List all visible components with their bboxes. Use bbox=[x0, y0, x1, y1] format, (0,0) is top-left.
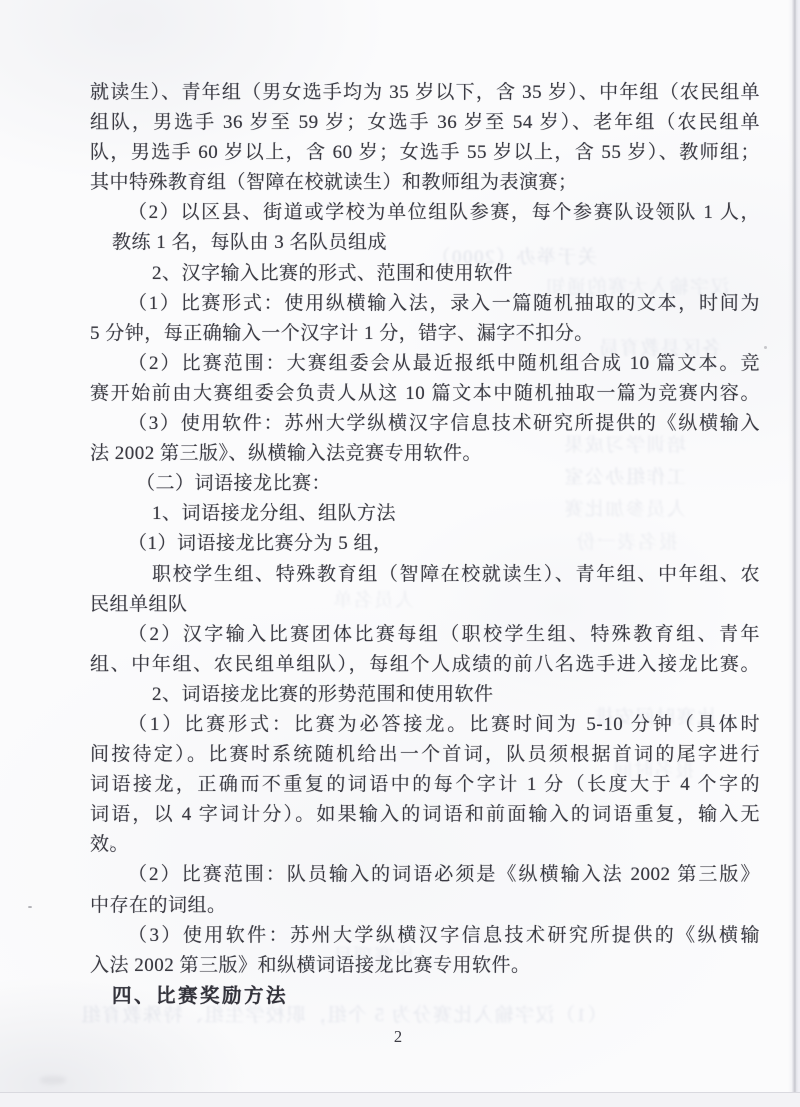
text-line: 组队，男选手 36 岁至 59 岁；女选手 36 岁至 54 岁）、老年组（农民… bbox=[90, 108, 760, 138]
text-line: （2）比赛范围：大赛组委会从最近报纸中随机组合成 10 篇文本。竞 bbox=[128, 349, 760, 379]
text-line: 其中特殊教育组（智障在校就读生）和教师组为表演赛； bbox=[90, 168, 800, 198]
text-line: 2、汉字输入比赛的形式、范围和使用软件 bbox=[152, 259, 800, 289]
text-line: 民组单组队 bbox=[90, 590, 800, 620]
scan-speck bbox=[40, 1076, 66, 1084]
page-number: 2 bbox=[0, 1026, 796, 1048]
text-line: 词语接龙，正确而不重复的词语中的每个字计 1 分（长度大于 4 个字的 bbox=[90, 770, 760, 800]
scan-speck bbox=[764, 346, 767, 349]
text-line: （1）词语接龙比赛分为 5 组， bbox=[128, 529, 800, 559]
text-line: 1、词语接龙分组、组队方法 bbox=[152, 499, 800, 529]
text-line: 法 2002 第三版》、纵横输入法竞赛专用软件。 bbox=[90, 439, 800, 469]
text-line: 组、中年组、农民组单组队），每组个人成绩的前八名选手进入接龙比赛。 bbox=[90, 650, 760, 680]
text-line: 入法 2002 第三版》和纵横词语接龙比赛专用软件。 bbox=[90, 951, 800, 981]
text-line: 队，男选手 60 岁以上，含 60 岁；女选手 55 岁以上，含 55 岁）、教… bbox=[90, 138, 760, 168]
scan-speck bbox=[585, 143, 587, 145]
text-line: （2）比赛范围：队员输入的词语必须是《纵横输入法 2002 第三版》 bbox=[128, 860, 760, 890]
text-line: 间按待定）。比赛时系统随机给出一个首词，队员须根据首词的尾字进行 bbox=[90, 740, 760, 770]
text-line: （1）比赛形式：使用纵横输入法，录入一篇随机抽取的文本，时间为 bbox=[128, 289, 760, 319]
text-line: 中存在的词组。 bbox=[90, 891, 800, 921]
text-line: （1）比赛形式：比赛为必答接龙。比赛时间为 5-10 分钟（具体时 bbox=[128, 710, 760, 740]
text-line: 效。 bbox=[90, 830, 800, 860]
text-line: 2、词语接龙比赛的形势范围和使用软件 bbox=[152, 680, 800, 710]
text-line: （2）以区县、街道或学校为单位组队参赛，每个参赛队设领队 1 人， bbox=[128, 198, 760, 228]
text-line: 5 分钟，每正确输入一个汉字计 1 分，错字、漏字不扣分。 bbox=[90, 319, 800, 349]
text-line: 教练 1 名，每队由 3 名队员组成 bbox=[112, 228, 800, 258]
text-line: 就读生）、青年组（男女选手均为 35 岁以下，含 35 岁）、中年组（农民组单 bbox=[90, 78, 760, 108]
scan-edge-bottom bbox=[0, 1092, 800, 1107]
scan-speck bbox=[110, 845, 112, 847]
document-body: 就读生）、青年组（男女选手均为 35 岁以下，含 35 岁）、中年组（农民组单 … bbox=[0, 78, 800, 1011]
section-heading: 四、比赛奖励方法 bbox=[112, 981, 800, 1011]
scan-edge-right bbox=[788, 0, 800, 1107]
text-line: （2）汉字输入比赛团体比赛每组（职校学生组、特殊教育组、青年 bbox=[128, 620, 760, 650]
text-line: 职校学生组、特殊教育组（智障在校就读生）、青年组、中年组、农 bbox=[152, 560, 760, 590]
text-line: 词语，以 4 字词计分）。如果输入的词语和前面输入的词语重复，输入无 bbox=[90, 800, 760, 830]
text-line: （二）词语接龙比赛： bbox=[136, 469, 800, 499]
scan-speck bbox=[28, 906, 32, 908]
text-line: 赛开始前由大赛组委会负责人从这 10 篇文本中随机抽取一篇为竞赛内容。 bbox=[90, 379, 760, 409]
text-line: （3）使用软件：苏州大学纵横汉字信息技术研究所提供的《纵横输入 bbox=[128, 409, 760, 439]
scanned-page: 关于举办（2000） 汉字输入大赛的通知 各区县教育局 培训学习成果 工作组办公… bbox=[0, 0, 800, 1107]
text-line: （3）使用软件：苏州大学纵横汉字信息技术研究所提供的《纵横输 bbox=[128, 921, 760, 951]
